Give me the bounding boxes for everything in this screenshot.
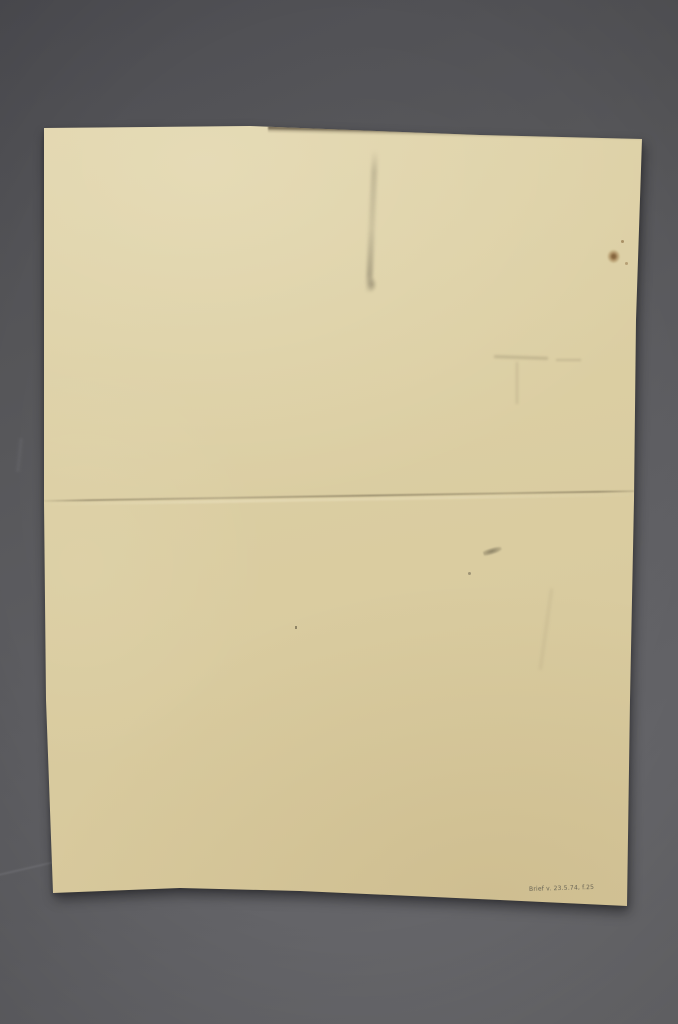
stain-speck xyxy=(621,240,624,243)
faint-mark xyxy=(494,355,548,360)
paper-shadow: Brief v. 23.5.74, f.25 xyxy=(0,0,678,1024)
top-edge-shadow xyxy=(268,126,646,140)
stain-speck xyxy=(625,262,628,265)
foxing-stain xyxy=(606,246,623,264)
tiny-speck xyxy=(295,626,297,629)
blank-paper-sheet: Brief v. 23.5.74, f.25 xyxy=(0,0,678,1024)
pencil-dot xyxy=(468,572,471,575)
photo-backdrop: Brief v. 23.5.74, f.25 xyxy=(0,0,678,1024)
smudge-blob xyxy=(367,277,377,292)
vertical-smudge xyxy=(366,150,378,292)
pencil-annotation: Brief v. 23.5.74, f.25 xyxy=(529,883,615,893)
faint-mark xyxy=(516,362,518,404)
wrinkle-line xyxy=(539,588,552,669)
pencil-smudge xyxy=(483,545,503,556)
faint-mark xyxy=(556,359,581,361)
